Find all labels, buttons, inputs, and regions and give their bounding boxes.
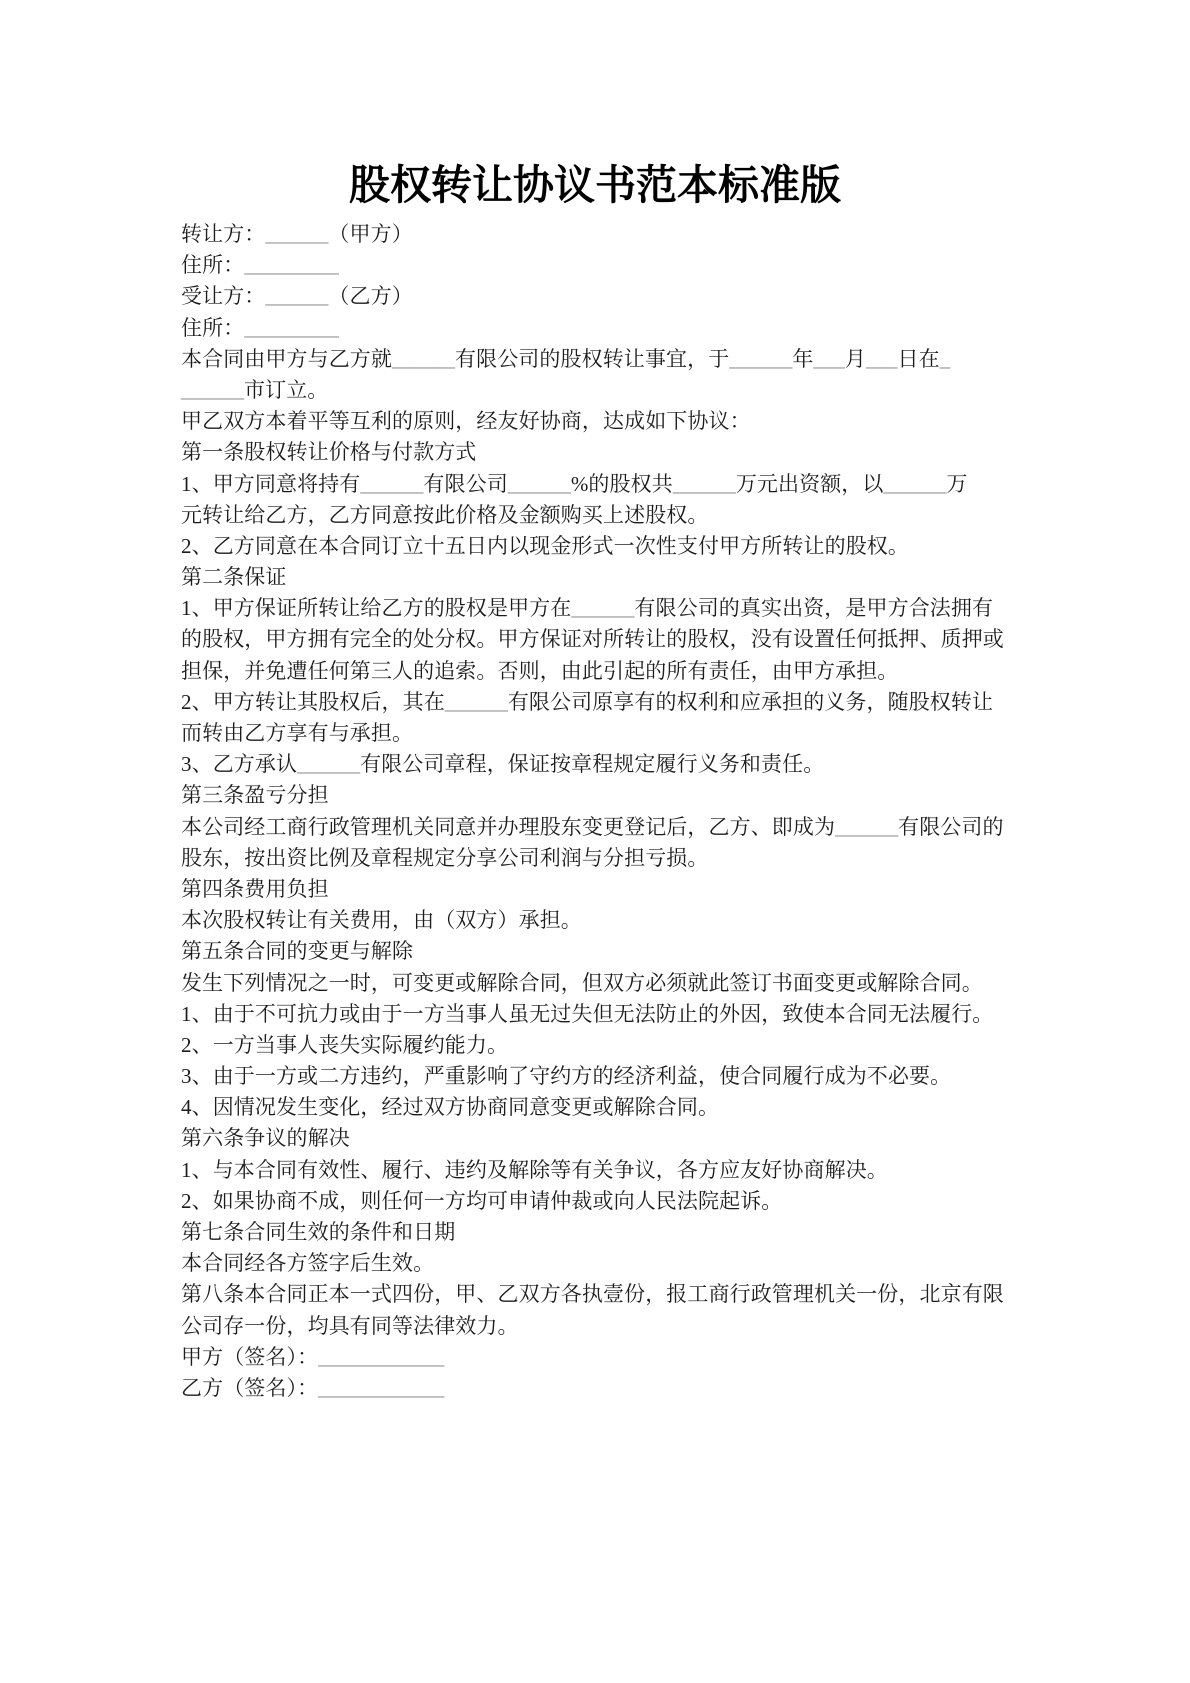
blank-underline: ___ (813, 347, 845, 371)
blank-underline: ______ (571, 596, 634, 620)
document-line: 2、如果协商不成，则任何一方均可申请仲裁或向人民法院起诉。 (181, 1186, 1016, 1217)
document-line: 3、乙方承认______有限公司章程，保证按章程规定履行义务和责任。 (181, 749, 1016, 780)
document-line: 第二条保证 (181, 562, 1016, 593)
document-line: 转让方：______（甲方） (181, 219, 1016, 250)
document-line: 担保，并免遭任何第三人的追索。否则，由此引起的所有责任，由甲方承担。 (181, 656, 1016, 687)
document-line: 第六条争议的解决 (181, 1123, 1016, 1154)
blank-underline: ______ (297, 752, 360, 776)
document-title: 股权转让协议书范本标准版 (0, 160, 1190, 210)
blank-underline: ______ (392, 347, 455, 371)
document-line: 3、由于一方或二方违约，严重影响了守约方的经济利益，使合同履行成为不必要。 (181, 1061, 1016, 1092)
document-line: 公司存一份，均具有同等法律效力。 (181, 1311, 1016, 1342)
document-line: 发生下列情况之一时，可变更或解除合同，但双方必须就此签订书面变更或解除合同。 (181, 968, 1016, 999)
document-line: 本公司经工商行政管理机关同意并办理股东变更登记后，乙方、即成为______有限公… (181, 812, 1016, 843)
document-line: 第七条合同生效的条件和日期 (181, 1217, 1016, 1248)
document-line: 住所：_________ (181, 313, 1016, 344)
document-line: 本合同由甲方与乙方就______有限公司的股权转让事宜，于______年___月… (181, 344, 1016, 375)
document-line: 而转由乙方享有与承担。 (181, 718, 1016, 749)
blank-underline: ______ (445, 690, 508, 714)
document-line: ______市订立。 (181, 375, 1016, 406)
blank-underline: ______ (884, 472, 947, 496)
document-line: 本合同经各方签字后生效。 (181, 1248, 1016, 1279)
blank-underline: _________ (244, 316, 339, 340)
document-line: 1、甲方同意将持有______有限公司______%的股权共______万元出资… (181, 469, 1016, 500)
blank-underline: ______ (673, 472, 736, 496)
document-line: 第一条股权转让价格与付款方式 (181, 437, 1016, 468)
document-line: 第三条盈亏分担 (181, 780, 1016, 811)
blank-underline: ______ (181, 378, 244, 402)
document-line: 1、由于不可抗力或由于一方当事人虽无过失但无法防止的外因，致使本合同无法履行。 (181, 999, 1016, 1030)
blank-underline: ____________ (318, 1345, 444, 1369)
blank-underline: _ (940, 347, 951, 371)
document-line: 2、甲方转让其股权后，其在______有限公司原享有的权利和应承担的义务，随股权… (181, 687, 1016, 718)
document-line: 4、因情况发生变化，经过双方协商同意变更或解除合同。 (181, 1092, 1016, 1123)
blank-underline: ______ (265, 284, 328, 308)
blank-underline: ______ (360, 472, 423, 496)
blank-underline: ______ (729, 347, 792, 371)
document-line: 2、一方当事人丧失实际履约能力。 (181, 1030, 1016, 1061)
document-line: 甲方（签名）：____________ (181, 1342, 1016, 1373)
document-line: 1、与本合同有效性、履行、违约及解除等有关争议，各方应友好协商解决。 (181, 1155, 1016, 1186)
blank-underline: ___ (866, 347, 898, 371)
document-line: 1、甲方保证所转让给乙方的股权是甲方在______有限公司的真实出资，是甲方合法… (181, 593, 1016, 624)
document-line: 2、乙方同意在本合同订立十五日内以现金形式一次性支付甲方所转让的股权。 (181, 531, 1016, 562)
document-line: 乙方（签名）：____________ (181, 1373, 1016, 1404)
document-line: 住所：_________ (181, 250, 1016, 281)
document-line: 本次股权转让有关费用，由（双方）承担。 (181, 905, 1016, 936)
document-line: 股东，按出资比例及章程规定分享公司利润与分担亏损。 (181, 843, 1016, 874)
document-line: 第四条费用负担 (181, 874, 1016, 905)
document-line: 第八条本合同正本一式四份，甲、乙双方各执壹份，报工商行政管理机关一份，北京有限 (181, 1279, 1016, 1310)
document-line: 受让方：______（乙方） (181, 281, 1016, 312)
document-line: 甲乙双方本着平等互利的原则，经友好协商，达成如下协议： (181, 406, 1016, 437)
document-body: 转让方：______（甲方）住所：_________受让方：______（乙方）… (181, 219, 1016, 1404)
document-line: 元转让给乙方，乙方同意按此价格及金额购买上述股权。 (181, 500, 1016, 531)
document-line: 第五条合同的变更与解除 (181, 936, 1016, 967)
blank-underline: _________ (244, 253, 339, 277)
document-page: 股权转让协议书范本标准版 转让方：______（甲方）住所：_________受… (0, 0, 1190, 1683)
document-line: 的股权，甲方拥有完全的处分权。甲方保证对所转让的股权，没有设置任何抵押、质押或 (181, 624, 1016, 655)
blank-underline: ______ (508, 472, 571, 496)
blank-underline: ______ (835, 815, 898, 839)
blank-underline: ____________ (318, 1376, 444, 1400)
blank-underline: ______ (265, 222, 328, 246)
